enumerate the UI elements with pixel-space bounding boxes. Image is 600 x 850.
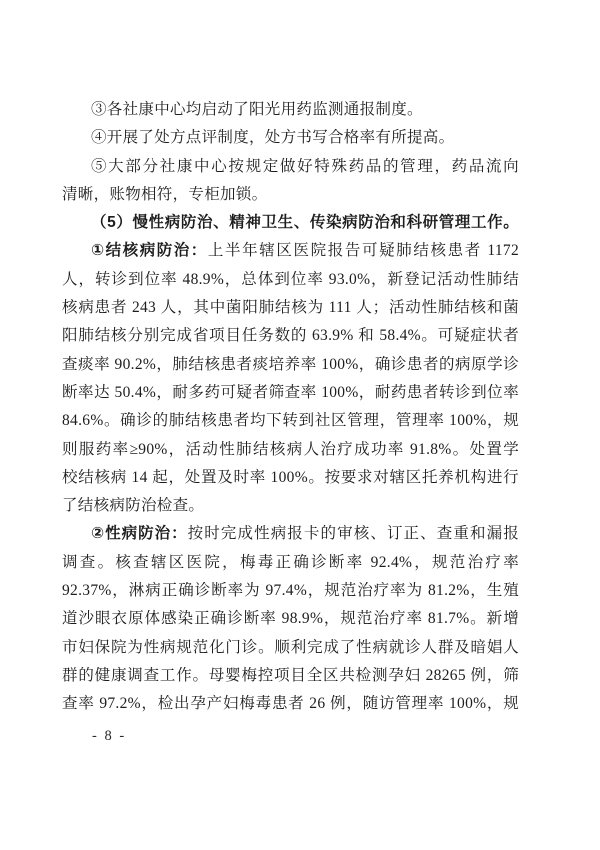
text-line: 人，转诊到位率 48.9%，总体到位率 93.0%，新登记活动性肺结 xyxy=(62,266,519,294)
text-segment: 按时完成性病报卡的审核、订正、查重和漏报 xyxy=(188,525,519,542)
text-line: 84.6%。确诊的肺结核患者均下转到社区管理，管理率 100%，规 xyxy=(62,407,519,435)
text-line: 查痰率 90.2%，肺结核患者痰培养率 100%，确诊患者的病原学诊 xyxy=(62,351,519,379)
text-segment: 群的健康调查工作。母婴梅控项目全区共检测孕妇 28265 例，筛 xyxy=(62,667,519,684)
text-line: 道沙眼衣原体感染正确诊断率 98.9%，规范治疗率 81.7%。新增 xyxy=(62,605,519,633)
text-line: 查率 97.2%，检出孕产妇梅毒患者 26 例，随访管理率 100%，规 xyxy=(62,690,519,718)
text-line: 清晰，账物相符，专柜加锁。 xyxy=(62,181,519,209)
text-line: ③各社康中心均启动了阳光用药监测通报制度。 xyxy=(62,96,519,124)
heading-segment: （5）慢性病防治、精神卫生、传染病防治和科研管理工作。 xyxy=(91,214,519,231)
text-segment: 清晰，账物相符，专柜加锁。 xyxy=(62,186,267,203)
text-segment: 上半年辖区医院报告可疑肺结核患者 1172 xyxy=(208,242,519,259)
text-line: 92.37%，淋病正确诊断率为 97.4%，规范治疗率为 81.2%，生殖 xyxy=(62,577,519,605)
text-segment: 92.37%，淋病正确诊断率为 97.4%，规范治疗率为 81.2%，生殖 xyxy=(62,582,519,599)
text-segment: 查率 97.2%，检出孕产妇梅毒患者 26 例，随访管理率 100%，规 xyxy=(62,695,519,712)
text-segment: 调查。核查辖区医院，梅毒正确诊断率 92.4%，规范治疗率 xyxy=(62,554,519,571)
text-line: 阳肺结核分别完成省项目任务数的 63.9% 和 58.4%。可疑症状者 xyxy=(62,322,519,350)
text-line: 校结核病 14 起，处置及时率 100%。按要求对辖区托养机构进行 xyxy=(62,464,519,492)
text-segment: 断率达 50.4%，耐多药可疑者筛查率 100%，耐药患者转诊到位率 xyxy=(62,384,519,401)
text-line: 群的健康调查工作。母婴梅控项目全区共检测孕妇 28265 例，筛 xyxy=(62,662,519,690)
text-line: ②性病防治：按时完成性病报卡的审核、订正、查重和漏报 xyxy=(62,520,519,548)
document-page: ③各社康中心均启动了阳光用药监测通报制度。④开展了处方点评制度，处方书写合格率有… xyxy=(0,0,600,850)
text-line: ⑤大部分社康中心按规定做好特殊药品的管理，药品流向 xyxy=(62,153,519,181)
page-number: - 8 - xyxy=(92,728,126,745)
text-line: 核病患者 243 人，其中菌阳肺结核为 111 人；活动性肺结核和菌 xyxy=(62,294,519,322)
text-segment: ④开展了处方点评制度，处方书写合格率有所提高。 xyxy=(91,129,454,146)
text-segment: 道沙眼衣原体感染正确诊断率 98.9%，规范治疗率 81.7%。新增 xyxy=(62,610,519,627)
text-line: 则服药率≥90%，活动性肺结核病人治疗成功率 91.8%。处置学 xyxy=(62,436,519,464)
text-segment: 84.6%。确诊的肺结核患者均下转到社区管理，管理率 100%，规 xyxy=(62,412,519,429)
text-segment: 市妇保院为性病规范化门诊。顺利完成了性病就诊人群及暗娼人 xyxy=(62,639,519,656)
text-line: 了结核病防治检查。 xyxy=(62,492,519,520)
text-line: 调查。核查辖区医院，梅毒正确诊断率 92.4%，规范治疗率 xyxy=(62,549,519,577)
text-line: 市妇保院为性病规范化门诊。顺利完成了性病就诊人群及暗娼人 xyxy=(62,634,519,662)
document-lines: ③各社康中心均启动了阳光用药监测通报制度。④开展了处方点评制度，处方书写合格率有… xyxy=(62,96,519,719)
text-segment: 则服药率≥90%，活动性肺结核病人治疗成功率 91.8%。处置学 xyxy=(62,441,519,458)
text-line: 断率达 50.4%，耐多药可疑者筛查率 100%，耐药患者转诊到位率 xyxy=(62,379,519,407)
text-segment: 查痰率 90.2%，肺结核患者痰培养率 100%，确诊患者的病原学诊 xyxy=(62,356,519,373)
text-segment: ⑤大部分社康中心按规定做好特殊药品的管理，药品流向 xyxy=(91,158,519,175)
text-line: ④开展了处方点评制度，处方书写合格率有所提高。 xyxy=(62,124,519,152)
text-segment: 校结核病 14 起，处置及时率 100%。按要求对辖区托养机构进行 xyxy=(62,469,519,486)
text-segment: ③各社康中心均启动了阳光用药监测通报制度。 xyxy=(91,101,423,118)
heading-segment: ②性病防治： xyxy=(91,525,188,542)
text-line: （5）慢性病防治、精神卫生、传染病防治和科研管理工作。 xyxy=(62,209,519,237)
text-segment: 核病患者 243 人，其中菌阳肺结核为 111 人；活动性肺结核和菌 xyxy=(62,299,519,316)
heading-segment: ①结核病防治： xyxy=(91,242,208,259)
text-segment: 阳肺结核分别完成省项目任务数的 63.9% 和 58.4%。可疑症状者 xyxy=(62,327,519,344)
text-segment: 人，转诊到位率 48.9%，总体到位率 93.0%，新登记活动性肺结 xyxy=(62,271,519,288)
text-line: ①结核病防治：上半年辖区医院报告可疑肺结核患者 1172 xyxy=(62,237,519,265)
text-segment: 了结核病防治检查。 xyxy=(62,497,204,514)
